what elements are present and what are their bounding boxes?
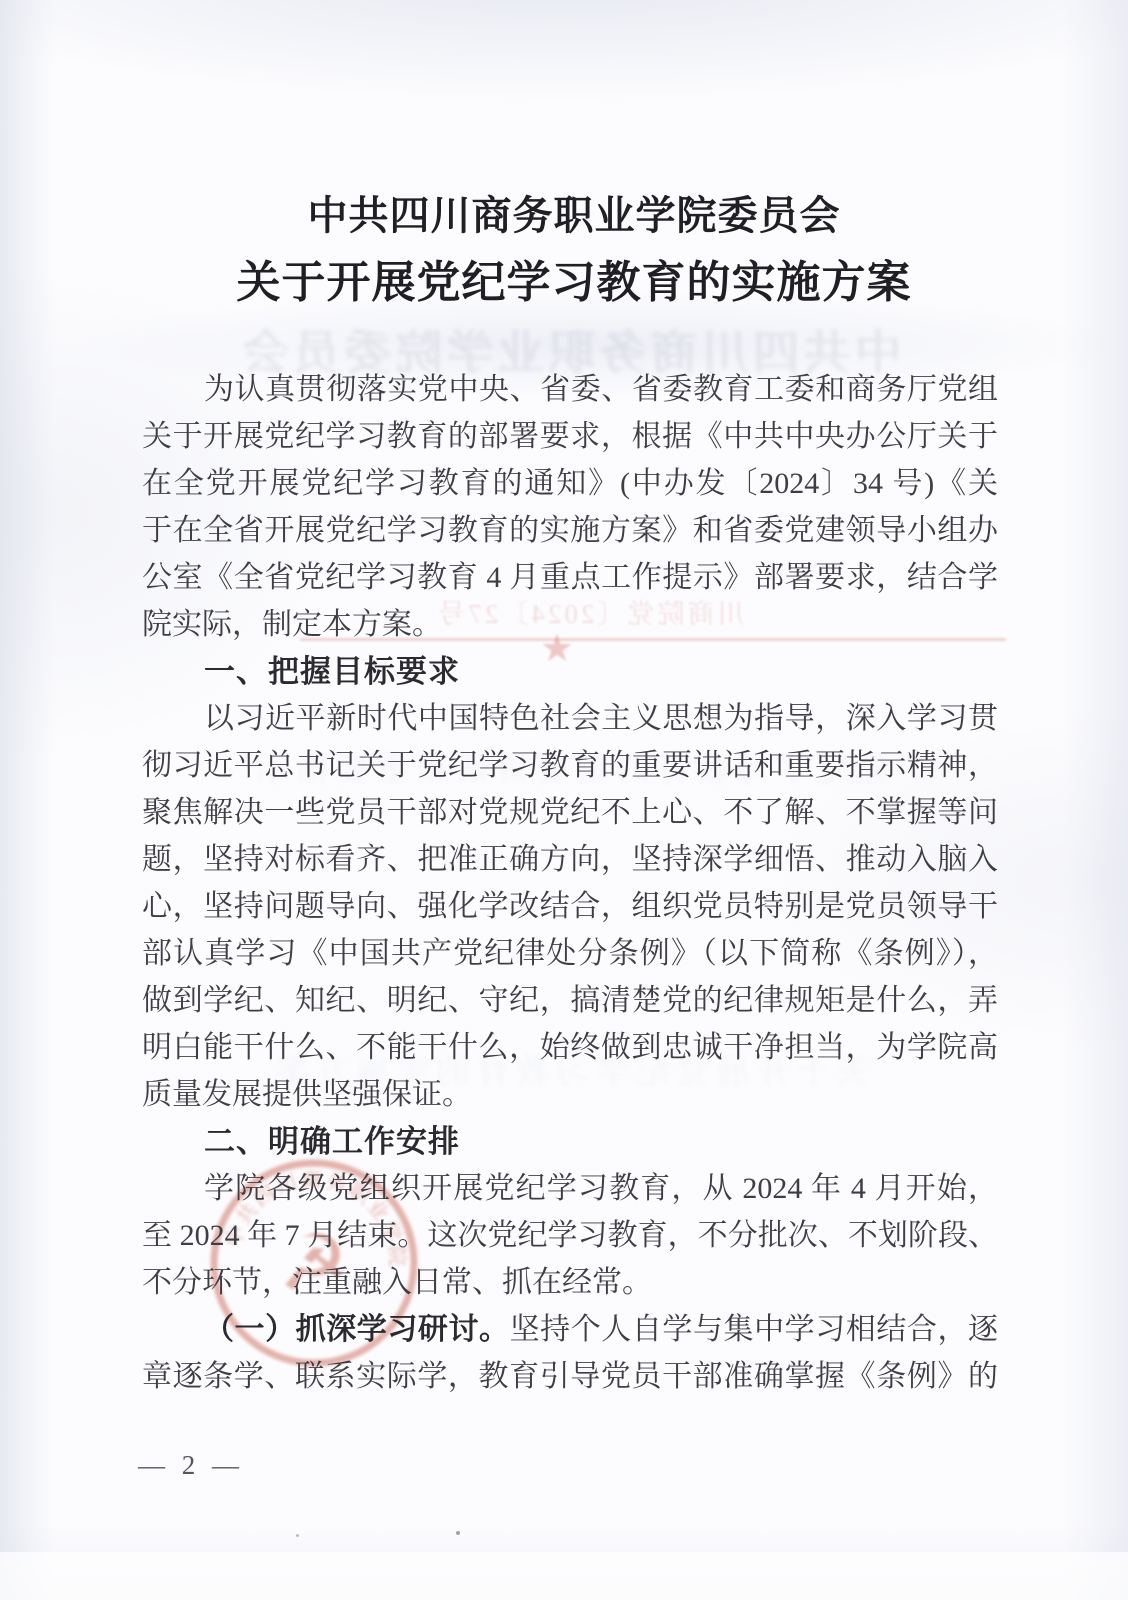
body-line: 为认真贯彻落实党中央、省委、省委教育工委和商务厅党组 <box>142 366 998 413</box>
body-line: 学院各级党组织开展党纪学习教育，从 2024 年 4 月开始， <box>142 1165 998 1212</box>
body-line: 院实际，制定本方案。 <box>142 601 998 648</box>
body-line: 心，坚持问题导向、强化学改结合，组织党员特别是党员领导干 <box>142 883 998 930</box>
body-line: 至 2024 年 7 月结束。这次党纪学习教育，不分批次、不划阶段、 <box>142 1212 998 1259</box>
body-line: 部认真学习《中国共产党纪律处分条例》（以下简称《条例》）， <box>142 930 998 977</box>
body-line: 于在全省开展党纪学习教育的实施方案》和省委党建领导小组办 <box>142 507 998 554</box>
document-page: 中共四川商务职业学院委员会 党纪学习教育的重要讲话和重要指示 关于开展党纪学习教… <box>0 0 1128 1600</box>
body-line: 以习近平新时代中国特色社会主义思想为指导，深入学习贯 <box>142 695 998 742</box>
document-title-line-1: 中共四川商务职业学院委员会 <box>10 184 1128 241</box>
body-line: 聚焦解决一些党员干部对党规党纪不上心、不了解、不掌握等问 <box>142 789 998 836</box>
section-heading-2: 二、明确工作安排 <box>142 1118 998 1165</box>
body-line: 不分环节，注重融入日常、抓在经常。 <box>142 1259 998 1306</box>
body-line: 公室《全省党纪学习教育 4 月重点工作提示》部署要求，结合学 <box>142 554 998 601</box>
document-title-line-2: 关于开展党纪学习教育的实施方案 <box>10 246 1128 310</box>
section-heading-1: 一、把握目标要求 <box>142 648 998 695</box>
body-line-text: 坚持个人自学与集中学习相结合，逐 <box>510 1313 998 1346</box>
subsection-heading: （一）抓深学习研讨。 <box>204 1313 510 1346</box>
document-body: 为认真贯彻落实党中央、省委、省委教育工委和商务厅党组 关于开展党纪学习教育的部署… <box>142 366 998 1400</box>
body-line: 彻习近平总书记关于党纪学习教育的重要讲话和重要指示精神， <box>142 742 998 789</box>
body-line: 质量发展提供坚强保证。 <box>142 1071 998 1118</box>
body-line: 关于开展党纪学习教育的部署要求，根据《中共中央办公厅关于 <box>142 413 998 460</box>
page-number: — 2 — <box>138 1450 244 1481</box>
body-line-with-subheading: （一）抓深学习研讨。坚持个人自学与集中学习相结合，逐 <box>142 1306 998 1353</box>
body-line: 明白能干什么、不能干什么，始终做到忠诚干净担当，为学院高 <box>142 1024 998 1071</box>
body-line: 在全党开展党纪学习教育的通知》(中办发〔2024〕34 号)《关 <box>142 460 998 507</box>
body-line: 章逐条学、联系实际学，教育引导党员干部准确掌握《条例》的 <box>142 1353 998 1400</box>
document-content-layer: 中共四川商务职业学院委员会 关于开展党纪学习教育的实施方案 为认真贯彻落实党中央… <box>0 0 1128 1600</box>
body-line: 做到学纪、知纪、明纪、守纪，搞清楚党的纪律规矩是什么，弄 <box>142 977 998 1024</box>
body-line: 题，坚持对标看齐、把准正确方向，坚持深学细悟、推动入脑入 <box>142 836 998 883</box>
